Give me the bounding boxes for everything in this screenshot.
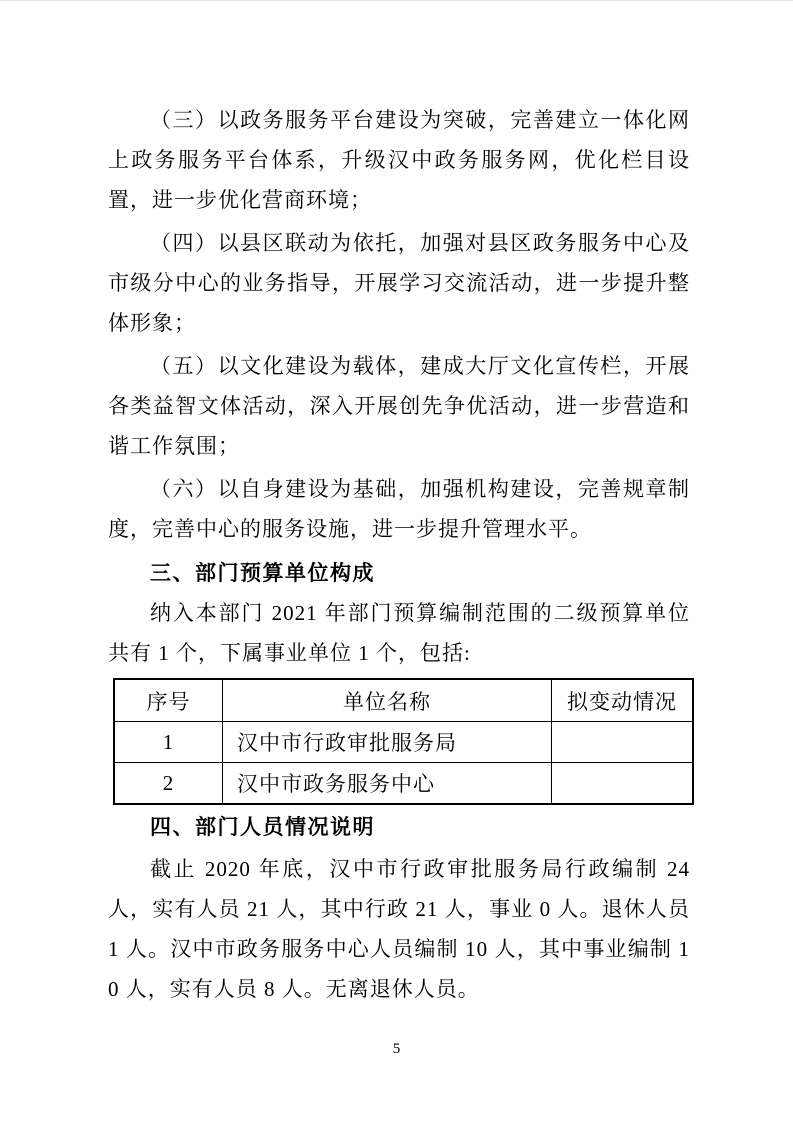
cell-row2-unit-name: 汉中市政务服务中心 [223,763,552,805]
section-3-intro: 纳入本部门 2021 年部门预算编制范围的二级预算单位共有 1 个，下属事业单位… [108,593,690,673]
cell-row2-planned-change [552,763,694,805]
paragraph-item-5: （五）以文化建设为载体，建成大厅文化宣传栏，开展各类益智文体活动，深入开展创先争… [108,346,690,466]
page-number: 5 [0,1037,793,1061]
paragraph-item-4: （四）以县区联动为依托，加强对县区政务服务中心及市级分中心的业务指导，开展学习交… [108,223,690,343]
table-header-no: 序号 [114,679,223,722]
paragraph-item-6: （六）以自身建设为基础，加强机构建设，完善规章制度，完善中心的服务设施，进一步提… [108,469,690,549]
budget-units-table: 序号 单位名称 拟变动情况 1 汉中市行政审批服务局 2 汉中市政务服务中心 [113,678,694,805]
cell-row1-planned-change [552,722,694,763]
cell-row1-no: 1 [114,722,223,763]
section-3-heading: 三、部门预算单位构成 [108,553,690,593]
section-4-heading: 四、部门人员情况说明 [108,807,690,847]
table-header-unit-name: 单位名称 [223,679,552,722]
document-page: （三）以政务服务平台建设为突破，完善建立一体化网上政务服务平台体系，升级汉中政务… [0,0,793,1122]
paragraph-item-3: （三）以政务服务平台建设为突破，完善建立一体化网上政务服务平台体系，升级汉中政务… [108,100,690,220]
page-content: （三）以政务服务平台建设为突破，完善建立一体化网上政务服务平台体系，升级汉中政务… [108,100,690,1009]
table-row: 2 汉中市政务服务中心 [114,763,693,805]
cell-row1-unit-name: 汉中市行政审批服务局 [223,722,552,763]
table-row: 1 汉中市行政审批服务局 [114,722,693,763]
table-header-planned-change: 拟变动情况 [552,679,694,722]
table-header-row: 序号 单位名称 拟变动情况 [114,679,693,722]
section-4-body: 截止 2020 年底，汉中市行政审批服务局行政编制 24 人，实有人员 21 人… [108,849,690,1009]
cell-row2-no: 2 [114,763,223,805]
